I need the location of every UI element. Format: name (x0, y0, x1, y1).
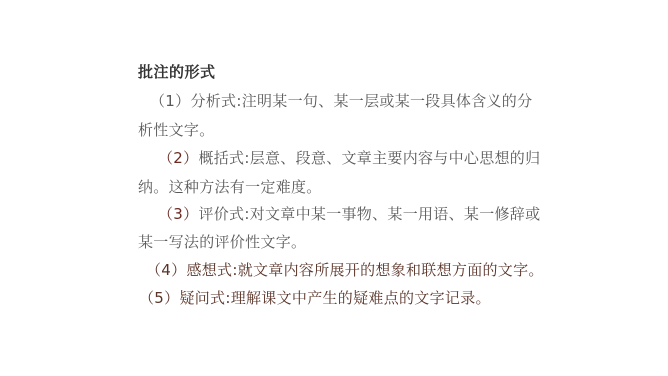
item-1-number: （1） (150, 92, 190, 110)
item-4-line: （4）感想式:就文章内容所展开的想象和联想方面的文字。 (146, 259, 544, 280)
item-3-number: （3） (158, 205, 198, 223)
item-4-text: 感想式:就文章内容所展开的想象和联想方面的文字。 (186, 261, 543, 279)
item-1-text: 分析式:注明某一句、某一层或某一段具体含义的分 (190, 92, 532, 110)
item-2-number: （2） (158, 149, 198, 167)
item-2-line-2: 纳。这种方法有一定难度。 (138, 176, 322, 197)
item-3-text: 评价式:对文章中某一事物、某一用语、某一修辞或 (198, 205, 540, 223)
item-5-line: （5）疑问式:理解课文中产生的疑难点的文字记录。 (139, 287, 491, 308)
item-1-line-2: 析性文字。 (138, 119, 215, 140)
item-2-line-1: （2）概括式:层意、段意、文章主要内容与中心思想的归 (158, 147, 540, 168)
item-4-number: （4） (146, 261, 186, 279)
item-3-line-2: 某一写法的评价性文字。 (138, 231, 306, 252)
item-2-text: 概括式:层意、段意、文章主要内容与中心思想的归 (198, 149, 540, 167)
item-5-number: （5） (139, 289, 179, 307)
page-title: 批注的形式 (138, 61, 216, 82)
item-3-line-1: （3）评价式:对文章中某一事物、某一用语、某一修辞或 (158, 203, 540, 224)
item-5-text: 疑问式:理解课文中产生的疑难点的文字记录。 (179, 289, 490, 307)
item-1-line-1: （1）分析式:注明某一句、某一层或某一段具体含义的分 (150, 90, 532, 111)
